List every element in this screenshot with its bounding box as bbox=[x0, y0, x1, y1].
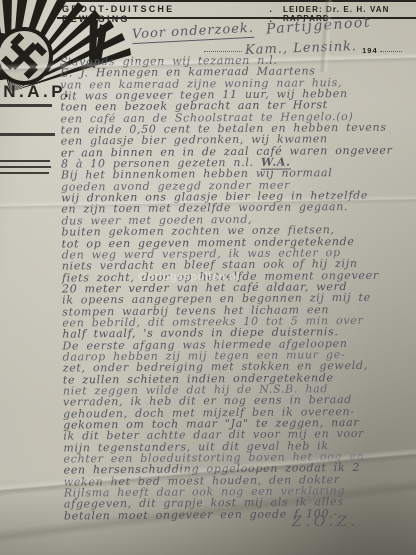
document-page: GROOT-DUITSCHE BEWEGING . . LEIDER: Dr. … bbox=[0, 0, 416, 555]
watermark: Oorlogsspullen.nl bbox=[138, 271, 240, 283]
closing-zoz: Z.O.Z. bbox=[292, 514, 359, 530]
letterhead-line bbox=[0, 133, 55, 136]
handwriting-line: betalen moet ongeveer een goede f 100,-. bbox=[64, 507, 416, 521]
handwriting-body: S'avonds gingen wij tezamen n.l.E. J. He… bbox=[60, 53, 416, 521]
letterhead-line bbox=[0, 104, 52, 107]
date-dotted-leader bbox=[204, 40, 242, 52]
date-dotted-trailer bbox=[380, 40, 402, 52]
letterhead-line bbox=[0, 172, 49, 174]
letterhead-line bbox=[0, 166, 51, 168]
letterhead-line bbox=[0, 160, 50, 162]
